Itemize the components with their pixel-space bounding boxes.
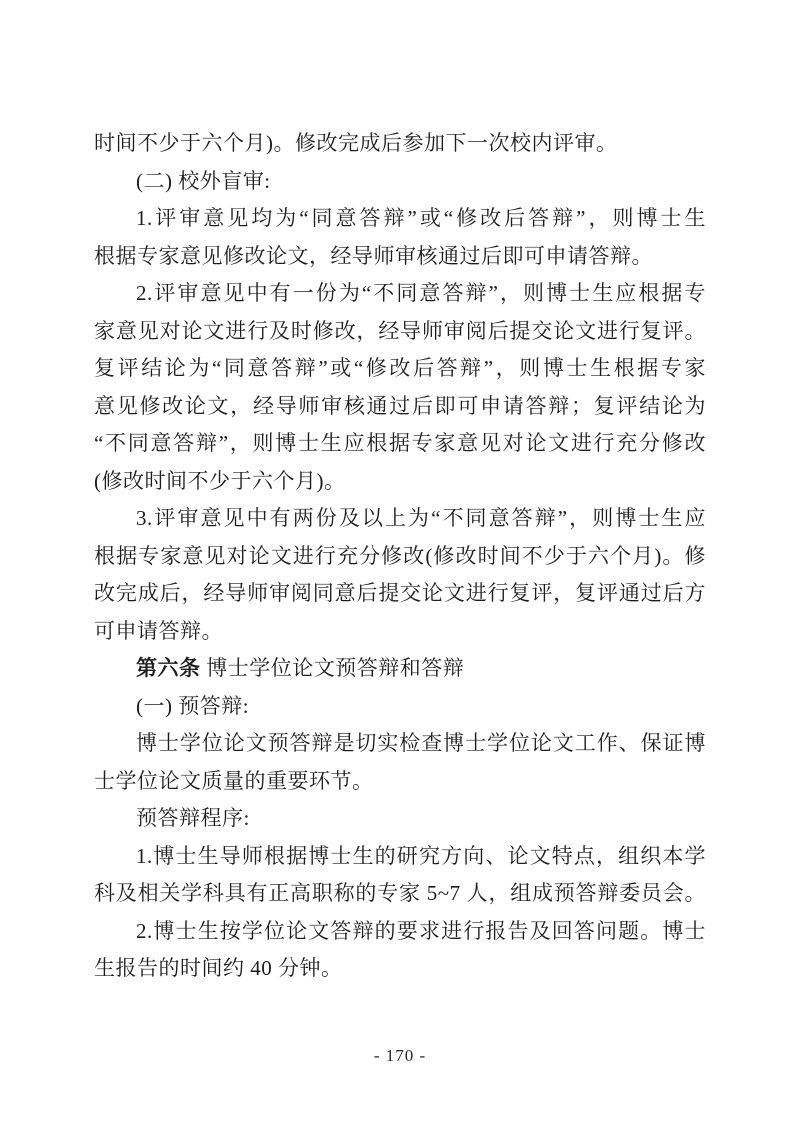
text-line: 2.博士生按学位论文答辩的要求进行报告及回答问题。博士 xyxy=(94,913,706,951)
text-line: (修改时间不少于六个月)。 xyxy=(94,463,706,501)
text-line: 时间不少于六个月)。修改完成后参加下一次校内评审。 xyxy=(94,125,706,163)
text-line: 1.博士生导师根据博士生的研究方向、论文特点，组织本学 xyxy=(94,838,706,876)
text-line: 可申请答辩。 xyxy=(94,613,706,651)
page-number: - 170 - xyxy=(0,1046,800,1066)
text-line: 生报告的时间约 40 分钟。 xyxy=(94,950,706,988)
text-line: 意见修改论文，经导师审核通过后即可申请答辩；复评结论为 xyxy=(94,388,706,426)
text-line: 博士学位论文预答辩是切实检查博士学位论文工作、保证博 xyxy=(94,725,706,763)
document-page: 时间不少于六个月)。修改完成后参加下一次校内评审。(二) 校外盲审:1.评审意见… xyxy=(0,0,800,1131)
text-line: 第六条 博士学位论文预答辩和答辩 xyxy=(94,650,706,688)
text-line: 根据专家意见对论文进行充分修改(修改时间不少于六个月)。修 xyxy=(94,538,706,576)
text-line: 科及相关学科具有正高职称的专家 5~7 人，组成预答辩委员会。 xyxy=(94,875,706,913)
text-line: 士学位论文质量的重要环节。 xyxy=(94,763,706,801)
text-line: “不同意答辩”，则博士生应根据专家意见对论文进行充分修改 xyxy=(94,425,706,463)
text-line: (二) 校外盲审: xyxy=(94,163,706,201)
text-line: 家意见对论文进行及时修改，经导师审阅后提交论文进行复评。 xyxy=(94,313,706,351)
text-line: 1.评审意见均为“同意答辩”或“修改后答辩”，则博士生 xyxy=(94,200,706,238)
text-line: 根据专家意见修改论文，经导师审核通过后即可申请答辩。 xyxy=(94,238,706,276)
section-heading-number: 第六条 xyxy=(136,656,201,680)
text-line: (一) 预答辩: xyxy=(94,688,706,726)
text-line: 2.评审意见中有一份为“不同意答辩”，则博士生应根据专 xyxy=(94,275,706,313)
document-body: 时间不少于六个月)。修改完成后参加下一次校内评审。(二) 校外盲审:1.评审意见… xyxy=(94,125,706,988)
text-line: 3.评审意见中有两份及以上为“不同意答辩”，则博士生应 xyxy=(94,500,706,538)
text-line: 复评结论为“同意答辩”或“修改后答辩”，则博士生根据专家 xyxy=(94,350,706,388)
text-line: 改完成后，经导师审阅同意后提交论文进行复评，复评通过后方 xyxy=(94,575,706,613)
text-line: 预答辩程序: xyxy=(94,800,706,838)
